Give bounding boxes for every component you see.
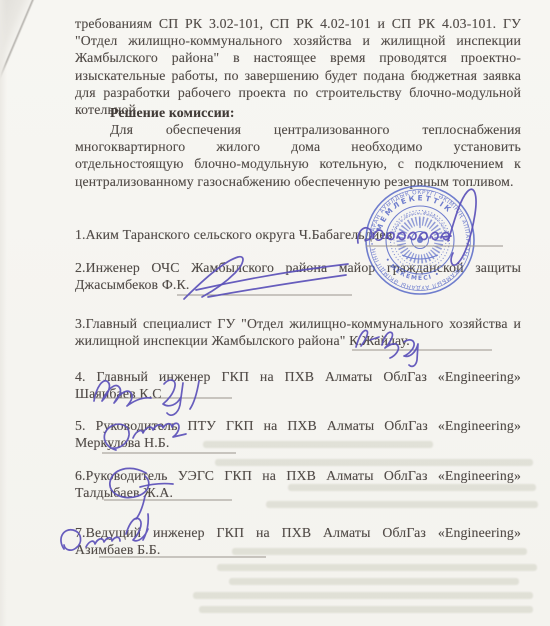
page-corner-fold-artifact	[0, 0, 44, 84]
bleed-through-line	[199, 606, 533, 613]
signatory-line-5: 5. Руководитель ПТУ ГКП на ПХВ Алматы Об…	[75, 417, 521, 451]
bleed-through-line	[266, 501, 538, 508]
signatory-line-6: 6.Руководитель УЭГС ГКП на ПХВ Алматы Об…	[75, 467, 521, 501]
bleed-through-line	[217, 564, 537, 571]
bleed-through-line	[215, 459, 533, 466]
continuation-paragraph: требованиям СП РК 3.02-101, СП РК 4.02-1…	[75, 15, 521, 118]
signatory-line-1: 1.Аким Таранского сельского округа Ч.Баб…	[75, 226, 521, 243]
signatory-line-2: 2.Инженер ОЧС Жамбылского района майор г…	[75, 259, 521, 293]
bleed-through-line	[229, 578, 519, 585]
scan-edge-shadow	[0, 0, 7, 626]
bleed-through-line	[193, 592, 533, 599]
decision-paragraph: Для обеспечения централизованного теплос…	[75, 121, 521, 190]
scanned-document-page: требованиям СП РК 3.02-101, СП РК 4.02-1…	[0, 0, 550, 626]
signatory-line-3: 3.Главный специалист ГУ "Отдел жилищно-к…	[75, 315, 521, 349]
decision-heading: Решение комиссии:	[110, 104, 350, 121]
signatory-line-4: 4. Главный инженер ГКП на ПХВ Алматы Обл…	[75, 368, 521, 402]
signatory-line-7: 7.Ведущий инженер ГКП на ПХВ Алматы ОблГ…	[75, 524, 521, 558]
